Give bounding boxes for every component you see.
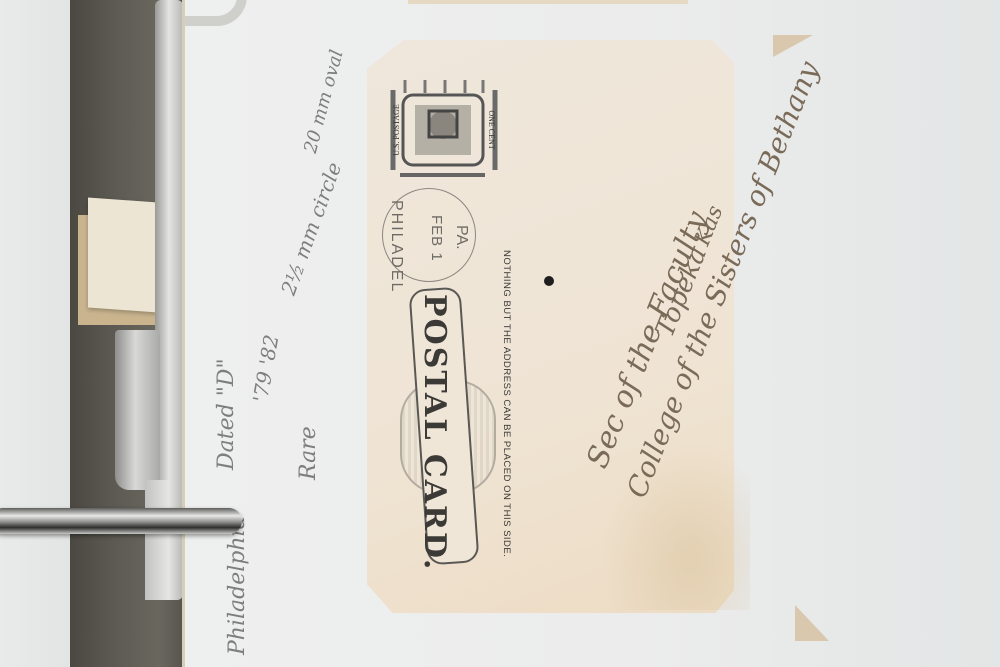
punch-hole xyxy=(544,276,554,286)
postmark-town: PHILADEL xyxy=(387,200,405,293)
water-stain xyxy=(600,440,750,610)
binder-clamp xyxy=(115,330,160,490)
note-dated: Dated "D" xyxy=(214,358,239,470)
svg-text:ONE CENT: ONE CENT xyxy=(487,110,496,149)
card-title: POSTAL CARD. xyxy=(417,294,452,571)
postmark-state: PA. xyxy=(452,225,470,250)
left-album-page xyxy=(0,0,80,667)
corner-mount-top xyxy=(773,35,813,57)
note-city: Philadelphia xyxy=(225,516,250,655)
binder-ring-bottom xyxy=(0,508,242,534)
postmark-date: FEB 1 xyxy=(428,215,445,262)
card-instructions: NOTHING BUT THE ADDRESS CAN BE PLACED ON… xyxy=(501,250,512,557)
note-rare: Rare xyxy=(296,426,321,480)
top-card-edge xyxy=(408,0,688,4)
stamp-icon: U.S. POSTAGE ONE CENT xyxy=(385,75,503,185)
binder-clamp-tail xyxy=(145,480,169,600)
corner-mount-bottom xyxy=(795,605,829,641)
paper-tab xyxy=(88,198,158,313)
svg-text:U.S. POSTAGE: U.S. POSTAGE xyxy=(392,104,401,156)
